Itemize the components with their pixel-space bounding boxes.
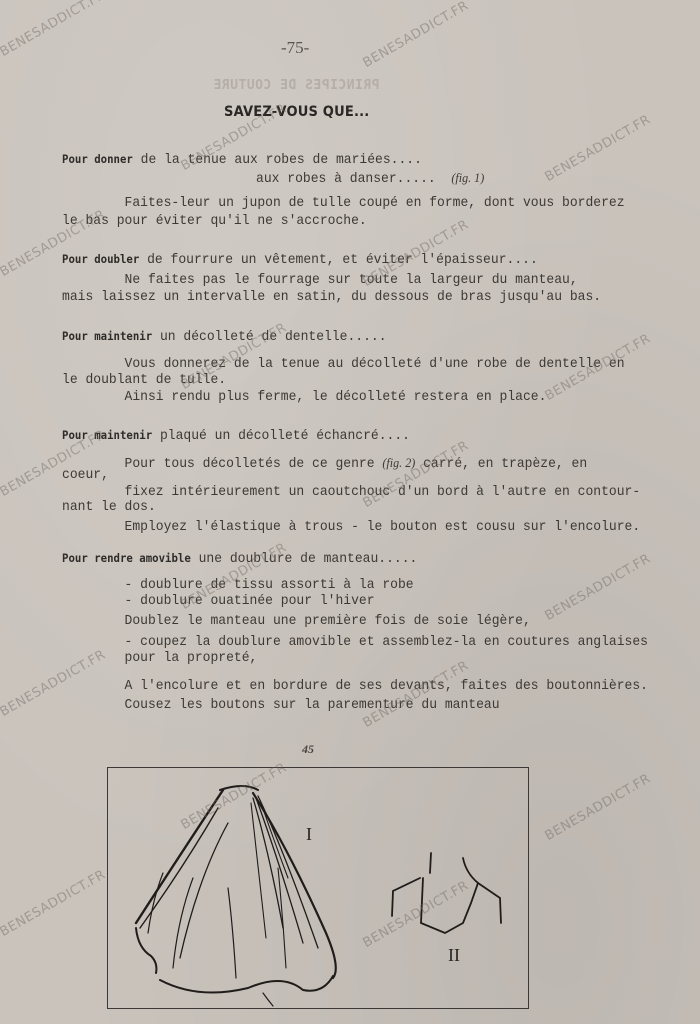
watermark: BENESADDICT.FR <box>543 551 654 624</box>
body-line: mais laissez un intervalle en satin, du … <box>62 289 601 305</box>
watermark: BENESADDICT.FR <box>543 112 654 185</box>
figure-label-2: II <box>448 945 460 966</box>
body-line: Vous donnerez de la tenue au décolleté d… <box>62 356 625 372</box>
heading-text: aux robes à danser..... <box>256 171 436 187</box>
body-line: Faites-leur un jupon de tulle coupé en f… <box>62 195 625 211</box>
fig-ref: (fig. 1) <box>451 170 484 185</box>
body-line: Cousez les boutons sur la parementure du… <box>62 697 500 713</box>
body-line: Pour tous décolletés de ce genre (fig. 2… <box>62 455 587 472</box>
section-lead: Pour maintenir <box>62 329 152 343</box>
page-title: SAVEZ-VOUS QUE... <box>224 104 369 120</box>
body-line: A l'encolure et en bordure de ses devant… <box>62 678 648 694</box>
watermark: BENESADDICT.FR <box>361 0 472 71</box>
body-line: Ne faites pas le fourrage sur toute la l… <box>62 272 578 288</box>
heading-text: de fourrure un vêtement, et éviter l'épa… <box>139 252 537 268</box>
body-line: fixez intérieurement un caoutchouc d'un … <box>62 484 640 500</box>
bleed-through-text: PRINCIPES DE COUTURE <box>213 78 380 93</box>
body-line: - coupez la doublure amovible et assembl… <box>62 634 648 650</box>
body-line: Employez l'élastique à trous - le bouton… <box>62 519 640 535</box>
body-line: le bas pour éviter qu'il ne s'accroche. <box>62 213 367 229</box>
page-number: -75- <box>281 38 309 58</box>
body-line: Doublez le manteau une première fois de … <box>62 613 531 629</box>
watermark: BENESADDICT.FR <box>0 0 108 60</box>
heading-text: plaqué un décolleté échancré.... <box>152 428 410 444</box>
section-2-heading: Pour doubler de fourrure un vêtement, et… <box>62 252 538 268</box>
body-line: Ainsi rendu plus ferme, le décolleté res… <box>62 389 546 405</box>
heading-text: de la tenue aux robes de mariées.... <box>133 152 422 168</box>
section-lead: Pour donner <box>62 152 133 166</box>
watermark: BENESADDICT.FR <box>361 658 472 731</box>
section-4-heading: Pour maintenir plaqué un décolleté échan… <box>62 428 410 444</box>
figure-label-1: I <box>306 824 312 845</box>
section-1-heading: Pour donner de la tenue aux robes de mar… <box>62 152 422 168</box>
body-text: Pour tous décolletés de ce genre <box>62 456 382 472</box>
section-lead: Pour doubler <box>62 252 139 266</box>
section-lead: Pour rendre amovible <box>62 551 191 565</box>
body-line: coeur, <box>62 467 109 483</box>
figure-reference-number: 45 <box>302 742 314 757</box>
section-1-heading-2: aux robes à danser..... (fig. 1) <box>256 170 484 187</box>
body-line: - doublure ouatinée pour l'hiver <box>62 593 375 609</box>
watermark: BENESADDICT.FR <box>543 771 654 844</box>
watermark: BENESADDICT.FR <box>0 867 108 940</box>
watermark: BENESADDICT.FR <box>361 438 472 511</box>
section-3-heading: Pour maintenir un décolleté de dentelle.… <box>62 329 387 345</box>
watermark: BENESADDICT.FR <box>0 207 108 280</box>
heading-text: une doublure de manteau..... <box>191 551 418 567</box>
body-line: nant le dos. <box>62 499 156 515</box>
